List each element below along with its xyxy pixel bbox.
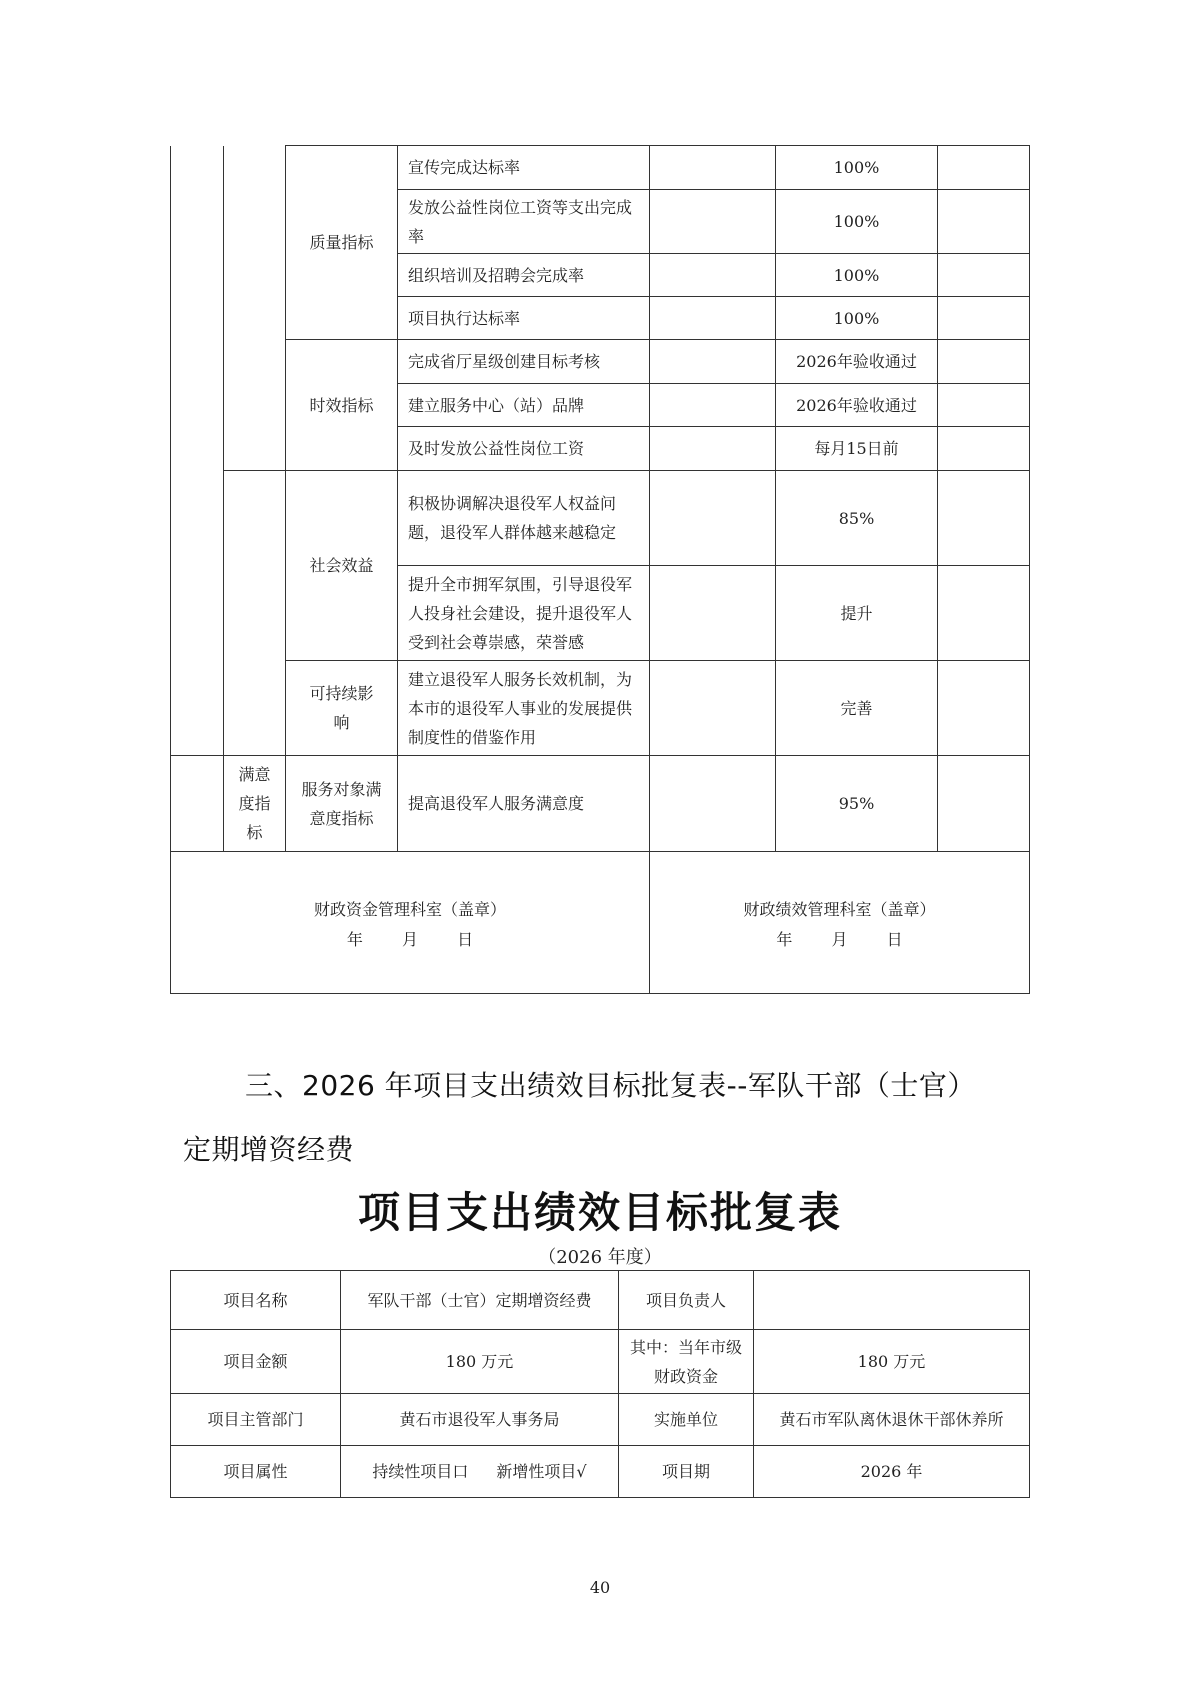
value-cell: 2026年验收通过 bbox=[776, 340, 938, 384]
project-info-table: 项目名称 军队干部（士官）定期增资经费 项目负责人 项目金额 180 万元 其中… bbox=[170, 1270, 1030, 1498]
indicator-cell: 完成省厅星级创建目标考核 bbox=[398, 340, 650, 384]
blank-cell bbox=[650, 146, 776, 190]
value-cell: 黄石市退役军人事务局 bbox=[341, 1394, 619, 1446]
extra-cell bbox=[938, 471, 1030, 566]
performance-indicators-table: 质量指标 宣传完成达标率 100% 发放公益性岗位工资等支出完成率 100% 组… bbox=[170, 145, 1030, 994]
value-cell: 2026 年 bbox=[754, 1446, 1030, 1498]
extra-cell bbox=[938, 254, 1030, 297]
extra-cell bbox=[938, 756, 1030, 852]
finance-fund-dept-label: 财政资金管理科室（盖章） bbox=[314, 895, 506, 925]
group-cell: 质量指标 bbox=[286, 146, 398, 340]
group-cell: 可持续影响 bbox=[286, 661, 398, 756]
value-cell: 100% bbox=[776, 297, 938, 340]
signature-cell-right: 财政绩效管理科室（盖章） 年 月 日 bbox=[650, 852, 1030, 994]
indicator-cell: 项目执行达标率 bbox=[398, 297, 650, 340]
blank-cell bbox=[650, 384, 776, 427]
value-cell: 95% bbox=[776, 756, 938, 852]
indicator-cell: 建立服务中心（站）品牌 bbox=[398, 384, 650, 427]
date-line: 年 月 日 bbox=[330, 925, 490, 955]
label-cell: 项目名称 bbox=[171, 1271, 341, 1330]
section-heading-line2: 定期增资经费 bbox=[183, 1128, 354, 1168]
value-cell: 180 万元 bbox=[754, 1330, 1030, 1394]
form-title: 项目支出绩效目标批复表 bbox=[0, 1180, 1200, 1240]
table-row: 时效指标 完成省厅星级创建目标考核 2026年验收通过 bbox=[171, 340, 1030, 384]
page-number: 40 bbox=[0, 1578, 1200, 1597]
date-line: 年 月 日 bbox=[759, 925, 919, 955]
indicator-cell: 建立退役军人服务长效机制，为本市的退役军人事业的发展提供制度性的借鉴作用 bbox=[398, 661, 650, 756]
label-cell: 项目期 bbox=[619, 1446, 754, 1498]
table-row: 满意度指标 服务对象满意度指标 提高退役军人服务满意度 95% bbox=[171, 756, 1030, 852]
signature-row: 财政资金管理科室（盖章） 年 月 日 财政绩效管理科室（盖章） 年 月 日 bbox=[171, 852, 1030, 994]
value-cell: 100% bbox=[776, 190, 938, 254]
value-cell: 持续性项目口新增性项目√ bbox=[341, 1446, 619, 1498]
value-cell: 每月15日前 bbox=[776, 427, 938, 471]
blank-cell bbox=[650, 297, 776, 340]
continuing-project-option: 持续性项目口 bbox=[372, 1462, 468, 1481]
indicator-cell: 提升全市拥军氛围，引导退役军人投身社会建设，提升退役军人受到社会尊崇感，荣誉感 bbox=[398, 566, 650, 661]
value-cell: 100% bbox=[776, 146, 938, 190]
table-row: 项目属性 持续性项目口新增性项目√ 项目期 2026 年 bbox=[171, 1446, 1030, 1498]
signature-cell-left: 财政资金管理科室（盖章） 年 月 日 bbox=[171, 852, 650, 994]
label-cell: 实施单位 bbox=[619, 1394, 754, 1446]
blank-cell bbox=[650, 661, 776, 756]
indicator-cell: 组织培训及招聘会完成率 bbox=[398, 254, 650, 297]
indicator-cell: 发放公益性岗位工资等支出完成率 bbox=[398, 190, 650, 254]
extra-cell bbox=[938, 384, 1030, 427]
value-cell bbox=[754, 1271, 1030, 1330]
finance-performance-dept-label: 财政绩效管理科室（盖章） bbox=[743, 895, 935, 925]
year-label: 年 bbox=[759, 925, 809, 955]
day-label: 日 bbox=[440, 925, 490, 955]
blank-cell bbox=[650, 340, 776, 384]
table-row: 项目名称 军队干部（士官）定期增资经费 项目负责人 bbox=[171, 1271, 1030, 1330]
blank-cell bbox=[650, 566, 776, 661]
group-cell: 时效指标 bbox=[286, 340, 398, 471]
section-heading-line1: 三、2026 年项目支出绩效目标批复表--军队干部（士官） bbox=[245, 1064, 976, 1104]
extra-cell bbox=[938, 661, 1030, 756]
indicator-cell: 及时发放公益性岗位工资 bbox=[398, 427, 650, 471]
value-cell: 85% bbox=[776, 471, 938, 566]
table-row: 可持续影响 建立退役军人服务长效机制，为本市的退役军人事业的发展提供制度性的借鉴… bbox=[171, 661, 1030, 756]
month-label: 月 bbox=[815, 925, 865, 955]
subcategory-cell-empty bbox=[224, 471, 286, 756]
extra-cell bbox=[938, 427, 1030, 471]
table-row: 质量指标 宣传完成达标率 100% bbox=[171, 146, 1030, 190]
new-project-option: 新增性项目√ bbox=[496, 1462, 586, 1481]
extra-cell bbox=[938, 190, 1030, 254]
value-cell: 180 万元 bbox=[341, 1330, 619, 1394]
indicator-cell: 提高退役军人服务满意度 bbox=[398, 756, 650, 852]
value-cell: 黄石市军队离休退休干部休养所 bbox=[754, 1394, 1030, 1446]
day-label: 日 bbox=[870, 925, 920, 955]
value-cell: 完善 bbox=[776, 661, 938, 756]
value-cell: 2026年验收通过 bbox=[776, 384, 938, 427]
year-label: 年 bbox=[330, 925, 380, 955]
extra-cell bbox=[938, 340, 1030, 384]
extra-cell bbox=[938, 566, 1030, 661]
subcategory-cell: 满意度指标 bbox=[224, 756, 286, 852]
value-cell: 100% bbox=[776, 254, 938, 297]
table-row: 项目主管部门 黄石市退役军人事务局 实施单位 黄石市军队离休退休干部休养所 bbox=[171, 1394, 1030, 1446]
blank-cell bbox=[650, 254, 776, 297]
value-cell: 提升 bbox=[776, 566, 938, 661]
table-row: 社会效益 积极协调解决退役军人权益问题，退役军人群体越来越稳定 85% bbox=[171, 471, 1030, 566]
label-cell: 项目金额 bbox=[171, 1330, 341, 1394]
table-row: 项目金额 180 万元 其中：当年市级财政资金 180 万元 bbox=[171, 1330, 1030, 1394]
subcategory-cell-empty bbox=[224, 146, 286, 471]
category-cell-empty bbox=[171, 756, 224, 852]
blank-cell bbox=[650, 471, 776, 566]
indicator-cell: 宣传完成达标率 bbox=[398, 146, 650, 190]
indicator-cell: 积极协调解决退役军人权益问题，退役军人群体越来越稳定 bbox=[398, 471, 650, 566]
category-cell-empty bbox=[171, 146, 224, 756]
label-cell: 项目负责人 bbox=[619, 1271, 754, 1330]
group-cell: 社会效益 bbox=[286, 471, 398, 661]
extra-cell bbox=[938, 297, 1030, 340]
blank-cell bbox=[650, 190, 776, 254]
value-cell: 军队干部（士官）定期增资经费 bbox=[341, 1271, 619, 1330]
form-subtitle: （2026 年度） bbox=[0, 1243, 1200, 1269]
group-cell: 服务对象满意度指标 bbox=[286, 756, 398, 852]
label-cell: 其中：当年市级财政资金 bbox=[619, 1330, 754, 1394]
label-cell: 项目属性 bbox=[171, 1446, 341, 1498]
month-label: 月 bbox=[385, 925, 435, 955]
label-cell: 项目主管部门 bbox=[171, 1394, 341, 1446]
blank-cell bbox=[650, 756, 776, 852]
extra-cell bbox=[938, 146, 1030, 190]
blank-cell bbox=[650, 427, 776, 471]
